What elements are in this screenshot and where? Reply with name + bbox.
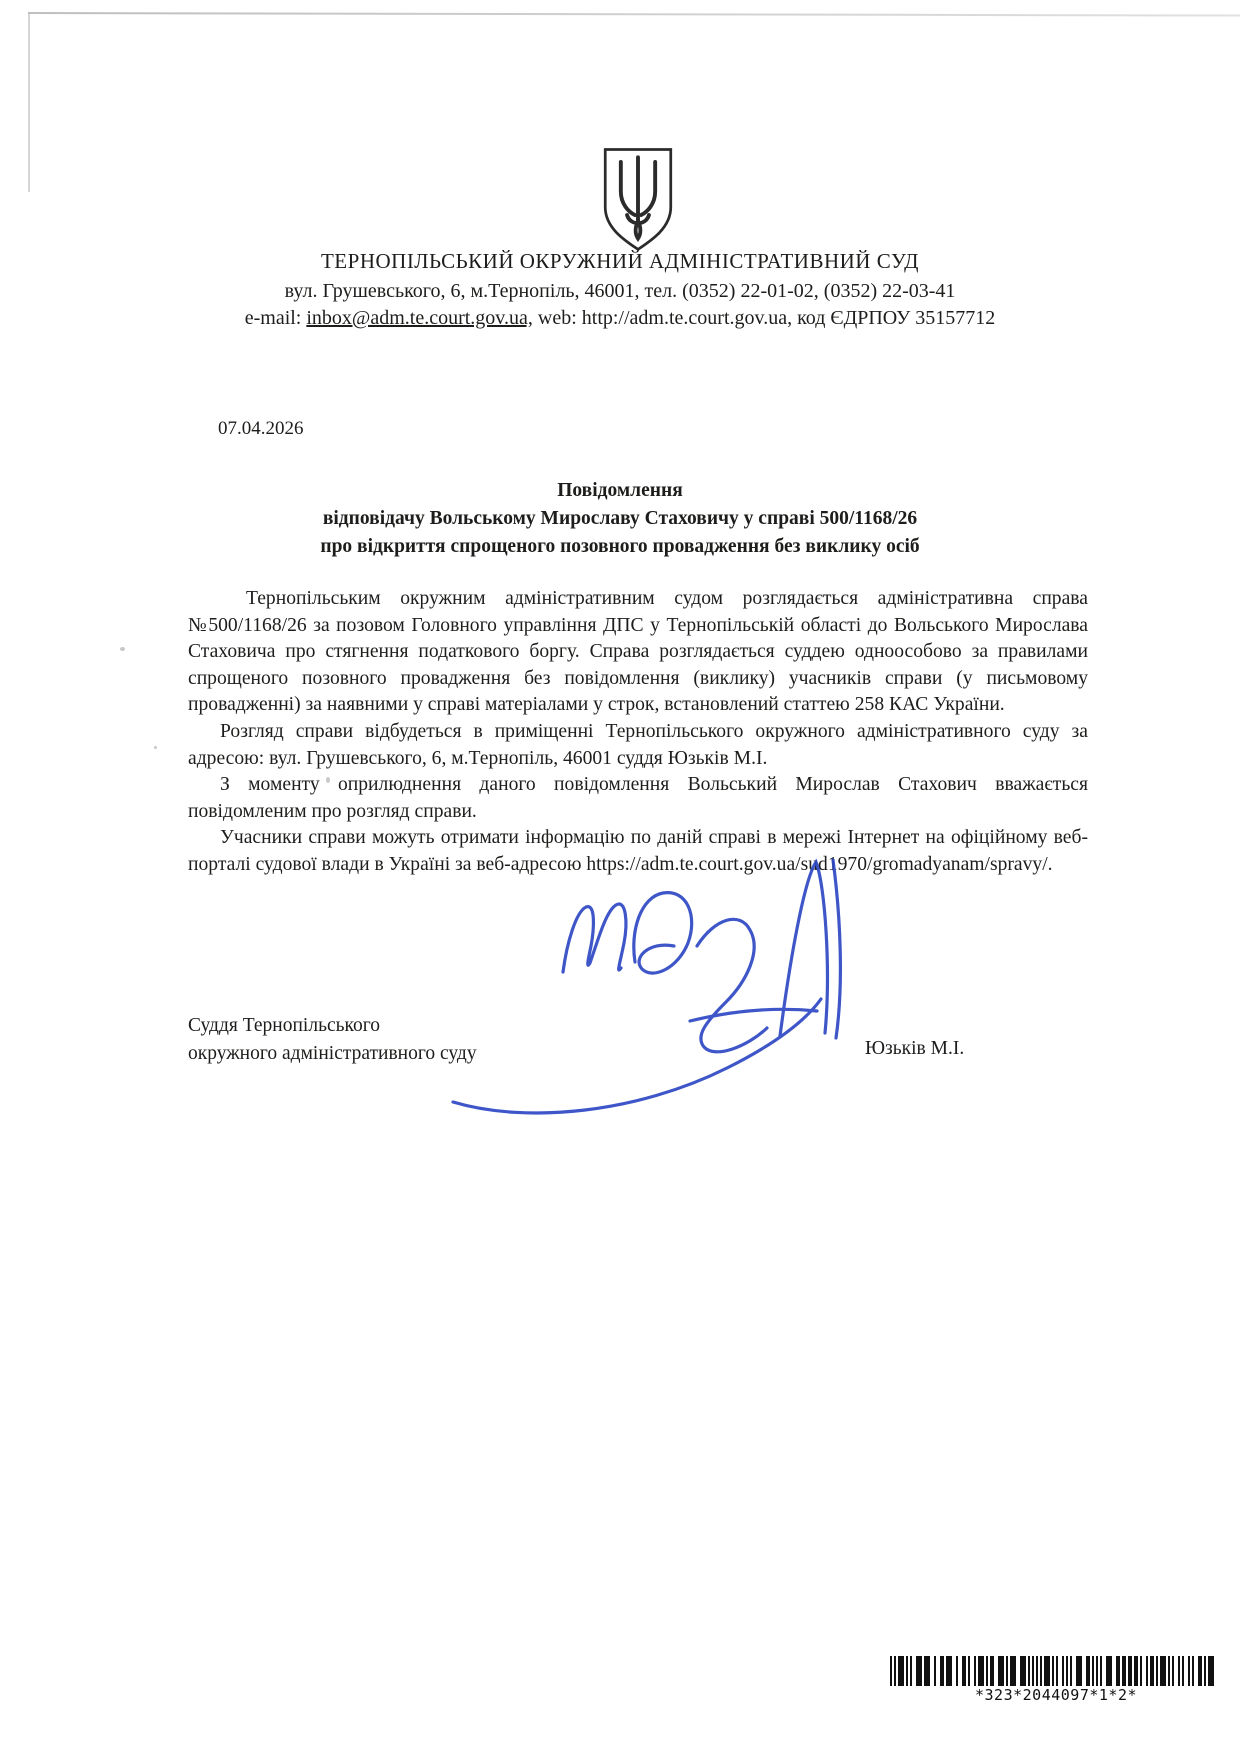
scanned-court-notice-page: ТЕРНОПІЛЬСЬКИЙ ОКРУЖНИЙ АДМІНІСТРАТИВНИЙ… — [0, 0, 1240, 1754]
document-date: 07.04.2026 — [218, 418, 304, 440]
web-value: http://adm.te.court.gov.ua, код ЄДРПОУ 3… — [582, 307, 996, 329]
handwritten-signature — [435, 850, 875, 1120]
judge-name: Юзьків М.І. — [865, 1038, 964, 1060]
notice-body: Тернопільським окружним адміністративним… — [188, 586, 1088, 879]
notice-heading: Повідомлення відповідачу Вольському Миро… — [170, 477, 1070, 561]
scan-edge-top — [28, 12, 1240, 17]
email-label: e-mail: — [245, 307, 307, 329]
scan-edge-left — [28, 12, 30, 192]
court-contact-line: e-mail: inbox@adm.te.court.gov.ua, web: … — [0, 307, 1240, 330]
signature-block-title: Суддя Тернопільського окружного адмініст… — [188, 1012, 477, 1068]
notice-title: Повідомлення — [170, 477, 1070, 505]
signature-title-line2: окружного адміністративного суду — [188, 1040, 477, 1068]
paragraph: Тернопільським окружним адміністративним… — [188, 586, 1088, 719]
ukraine-trident-emblem-icon — [599, 146, 677, 256]
court-name: ТЕРНОПІЛЬСЬКИЙ ОКРУЖНИЙ АДМІНІСТРАТИВНИЙ… — [0, 249, 1240, 274]
paragraph: З моменту оприлюднення даного повідомлен… — [188, 772, 1088, 825]
notice-subtitle-respondent: відповідачу Вольському Мирославу Стахови… — [170, 505, 1070, 533]
barcode-label: *323*2044097*1*2* — [890, 1686, 1222, 1704]
barcode-bars — [890, 1656, 1222, 1686]
barcode: *323*2044097*1*2* — [890, 1656, 1222, 1704]
email-link: inbox@adm.te.court.gov.ua, — [306, 307, 533, 329]
scan-artifact — [120, 647, 125, 651]
web-label: web: — [533, 307, 582, 329]
signature-title-line1: Суддя Тернопільського — [188, 1012, 477, 1040]
scan-artifact — [154, 746, 157, 749]
notice-subtitle-subject: про відкриття спрощеного позовного прова… — [170, 533, 1070, 561]
paragraph: Розгляд справи відбудеться в приміщенні … — [188, 719, 1088, 772]
court-address-line: вул. Грушевського, 6, м.Тернопіль, 46001… — [0, 280, 1240, 303]
